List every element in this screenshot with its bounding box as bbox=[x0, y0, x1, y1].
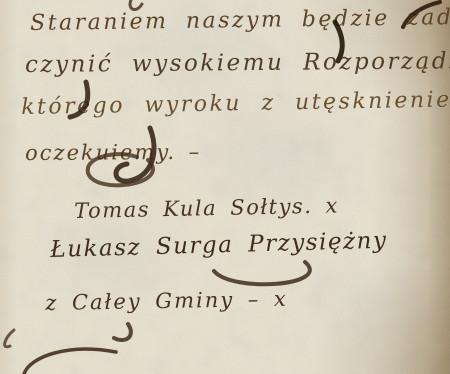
descender-curl-line7 bbox=[114, 324, 131, 340]
manuscript-page: Staraniem naszym będzie zadosyć czynić w… bbox=[0, 0, 450, 374]
partial-stroke-bottom bbox=[24, 349, 116, 374]
manuscript-line-4: oczekuiemy. – bbox=[25, 140, 201, 165]
signature-line-gmina: z Całey Gminy – x bbox=[45, 287, 288, 315]
partial-stroke-top-left bbox=[130, 0, 142, 10]
manuscript-line-3: którego wyroku z utęsknieniem bbox=[21, 87, 450, 120]
manuscript-line-2: czynić wysokiemu Rozporządzeniu bbox=[25, 48, 450, 78]
manuscript-line-1: Staraniem naszym będzie zadosyć bbox=[30, 4, 450, 36]
signature-line-soltys: Tomas Kula Sołtys. x bbox=[74, 193, 339, 223]
partial-stroke-bottom-left bbox=[5, 330, 14, 347]
flourish-loop-line6 bbox=[214, 262, 310, 284]
signature-line-przysiezny: Łukasz Surga Przysiężny bbox=[50, 228, 388, 263]
